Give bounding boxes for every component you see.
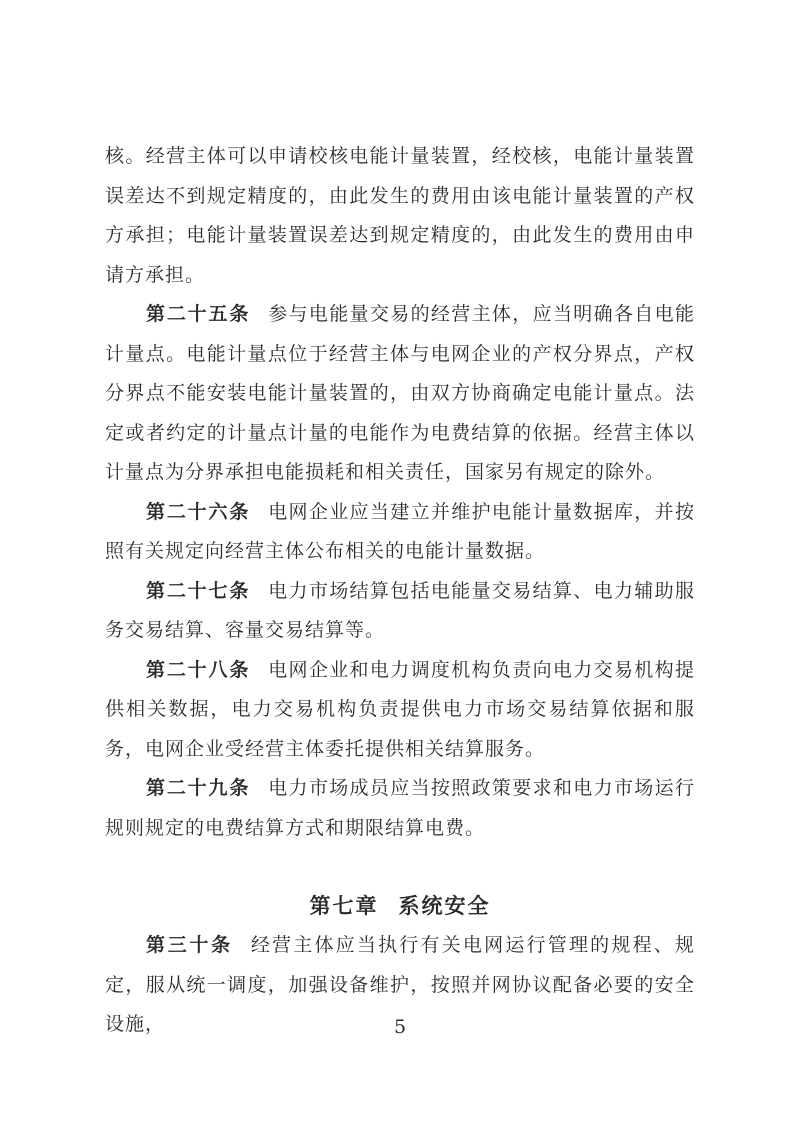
paragraph-article-26: 第二十六条电网企业应当建立并维护电能计量数据库，并按照有关规定向经营主体公布相关…: [105, 493, 695, 572]
text-block: 核。经营主体可以申请校核电能计量装置，经校核，电能计量装置误差达不到规定精度的，…: [105, 137, 695, 1045]
chapter-label: 第七章: [310, 894, 379, 918]
document-page: 核。经营主体可以申请校核电能计量装置，经校核，电能计量装置误差达不到规定精度的，…: [0, 0, 800, 1130]
page-number: 5: [0, 1016, 800, 1038]
article-number: 第二十五条: [146, 303, 250, 325]
paragraph-text: 参与电能量交易的经营主体，应当明确各自电能计量点。电能计量点位于经营主体与电网企…: [105, 303, 695, 483]
chapter-title: 系统安全: [399, 894, 491, 918]
paragraph-continuation: 核。经营主体可以申请校核电能计量装置，经校核，电能计量装置误差达不到规定精度的，…: [105, 137, 695, 295]
article-number: 第二十九条: [146, 777, 250, 799]
article-number: 第二十六条: [146, 501, 250, 523]
article-number: 第三十条: [146, 934, 233, 956]
article-number: 第二十七条: [146, 580, 250, 602]
paragraph-article-27: 第二十七条电力市场结算包括电能量交易结算、电力辅助服务交易结算、容量交易结算等。: [105, 572, 695, 651]
paragraph-article-28: 第二十八条电网企业和电力调度机构负责向电力交易机构提供相关数据，电力交易机构负责…: [105, 651, 695, 770]
paragraph-text: 核。经营主体可以申请校核电能计量装置，经校核，电能计量装置误差达不到规定精度的，…: [105, 145, 695, 286]
paragraph-article-29: 第二十九条电力市场成员应当按照政策要求和电力市场运行规则规定的电费结算方式和期限…: [105, 769, 695, 848]
paragraph-article-25: 第二十五条参与电能量交易的经营主体，应当明确各自电能计量点。电能计量点位于经营主…: [105, 295, 695, 493]
chapter-heading: 第七章系统安全: [105, 886, 695, 926]
article-number: 第二十八条: [146, 659, 250, 681]
